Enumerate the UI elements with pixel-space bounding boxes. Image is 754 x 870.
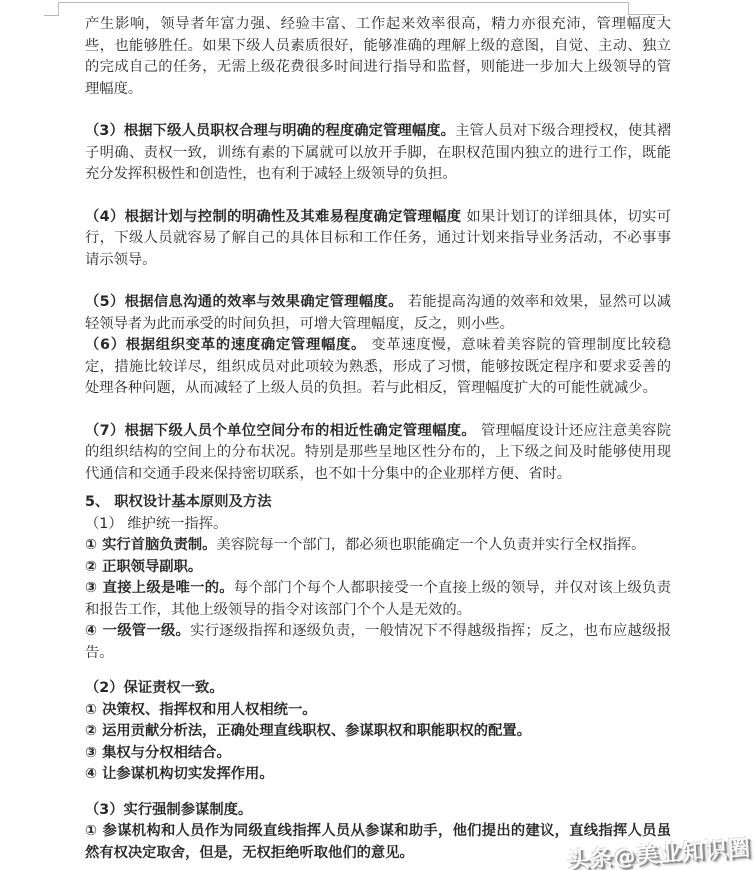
paragraph-item-5: （5）根据信息沟通的效率与效果确定管理幅度。 若能提高沟通的效率和效果，显然可以…	[85, 292, 671, 335]
text-segment: 产生影响，领导者年富力强、经验丰富、工作起来效率很高，精力亦很充沛，管理幅度大些…	[85, 16, 671, 97]
list-item-2-4: ④ 让参谋机构切实发挥作用。	[85, 764, 671, 786]
text-segment: 5、 职权设计基本原则及方法	[85, 494, 272, 510]
text-segment: ④ 让参谋机构切实发挥作用。	[85, 766, 274, 782]
text-segment: ① 决策权、指挥权和用人权相统一。	[85, 702, 317, 718]
paragraph-intro: 产生影响，领导者年富力强、经验丰富、工作起来效率很高，精力亦很充沛，管理幅度大些…	[85, 14, 671, 100]
text-segment: ② 正职领导副职。	[85, 559, 202, 575]
list-item-2-2: ② 运用贡献分析法，正确处理直线职权、参谋职权和职能职权的配置。	[85, 721, 671, 743]
text-segment: （6）根据组织变革的速度确定管理幅度。	[85, 337, 366, 353]
paragraph-item-4: （4）根据计划与控制的明确性及其难易程度确定管理幅度 如果计划订的详细具体，切实…	[85, 207, 671, 272]
list-item-3-1: ① 参谋机构和人员作为同级直线指挥人员从参谋和助手，他们提出的建议，直线指挥人员…	[85, 821, 671, 864]
list-item-1-4: ④ 一级管一级。实行逐级指挥和逐级负责，一般情况下不得越级指挥；反之，也布应越级…	[85, 621, 671, 664]
page-top-edge-line	[58, 2, 628, 3]
list-item-1-2: ② 正职领导副职。	[85, 557, 671, 579]
text-segment: （3）实行强制参谋制度。	[85, 802, 252, 818]
text-segment: （5）根据信息沟通的效率与效果确定管理幅度。	[85, 294, 403, 310]
list-item-2-1: ① 决策权、指挥权和用人权相统一。	[85, 700, 671, 722]
paragraph-sub-3: （3）实行强制参谋制度。	[85, 800, 671, 822]
text-segment: ② 运用贡献分析法，正确处理直线职权、参谋职权和职能职权的配置。	[85, 723, 531, 739]
text-segment: ① 参谋机构和人员作为同级直线指挥人员从参谋和助手，他们提出的建议，直线指挥人员…	[85, 823, 671, 861]
text-segment: ④ 一级管一级。	[85, 623, 190, 639]
paragraph-item-7: （7）根据下级人员个单位空间分布的相近性确定管理幅度。 管理幅度设计还应注意美容…	[85, 421, 671, 486]
page-corner-left-horizontal	[44, 15, 59, 16]
page-corner-right-vertical	[628, 2, 629, 14]
text-segment: ③ 集权与分权相结合。	[85, 745, 231, 761]
text-segment: （4）根据计划与控制的明确性及其难易程度确定管理幅度	[85, 209, 461, 225]
paragraph-item-3: （3）根据下级人员职权合理与明确的程度确定管理幅度。主管人员对下级合理授权，使其…	[85, 121, 671, 186]
text-segment: （1） 维护统一指挥。	[85, 516, 227, 532]
text-segment: （2）保证责权一致。	[85, 680, 224, 696]
text-segment: 美容院每一个部门，都必须也职能确定一个人负责并实行全权指挥。	[216, 537, 645, 553]
document-page: 产生影响，领导者年富力强、经验丰富、工作起来效率很高，精力亦很充沛，管理幅度大些…	[0, 0, 754, 870]
paragraph-sub-1: （1） 维护统一指挥。	[85, 514, 671, 536]
text-segment: ③ 直接上级是唯一的。	[85, 580, 234, 596]
document-body: 产生影响，领导者年富力强、经验丰富、工作起来效率很高，精力亦很充沛，管理幅度大些…	[85, 14, 671, 864]
list-item-2-3: ③ 集权与分权相结合。	[85, 743, 671, 765]
heading-section-5: 5、 职权设计基本原则及方法	[85, 492, 671, 514]
text-segment: （3）根据下级人员职权合理与明确的程度确定管理幅度。	[85, 123, 455, 139]
list-item-1-3: ③ 直接上级是唯一的。每个部门个每个人都职接受一个直接上级的领导，并仅对该上级负…	[85, 578, 671, 621]
paragraph-sub-2: （2）保证责权一致。	[85, 678, 671, 700]
paragraph-item-6: （6）根据组织变革的速度确定管理幅度。 变革速度慢，意味着美容院的管理制度比较稳…	[85, 335, 671, 400]
text-segment: ① 实行首脑负责制。	[85, 537, 216, 553]
list-item-1-1: ① 实行首脑负责制。美容院每一个部门，都必须也职能确定一个人负责并实行全权指挥。	[85, 535, 671, 557]
text-segment: （7）根据下级人员个单位空间分布的相近性确定管理幅度。	[85, 423, 476, 439]
page-corner-left-vertical	[58, 2, 59, 15]
